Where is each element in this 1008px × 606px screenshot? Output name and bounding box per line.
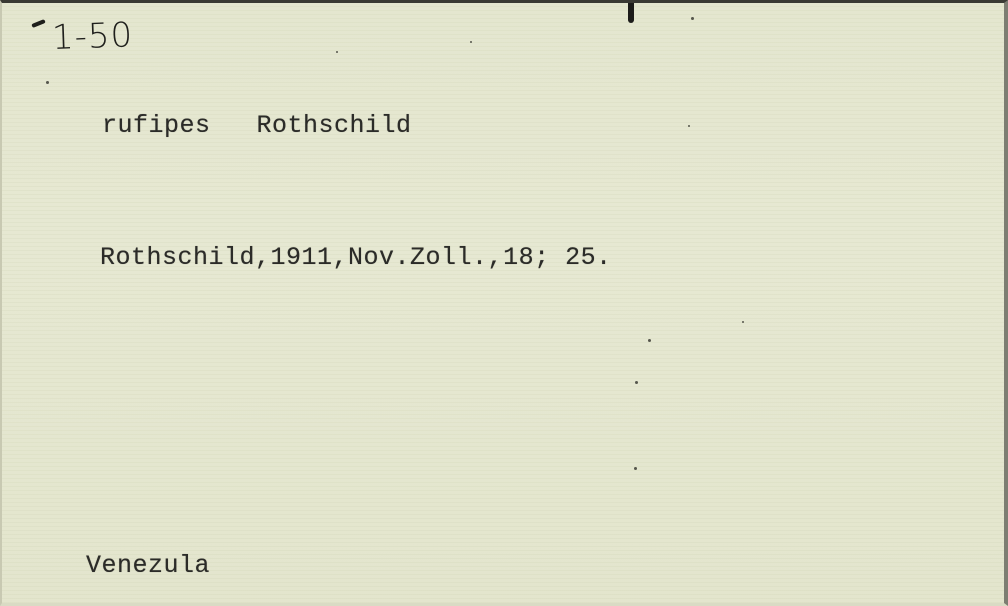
index-card: 1-50 rufipesRothschild Rothschild,1911,N… — [0, 0, 1008, 606]
paper-speck — [635, 381, 638, 384]
paper-speck — [336, 51, 338, 53]
paper-speck — [648, 339, 651, 342]
paper-speck — [46, 81, 49, 84]
paper-speck — [470, 41, 472, 43]
paper-speck — [688, 125, 690, 127]
species-author: Rothschild — [257, 111, 412, 140]
species-name: rufipes — [102, 111, 211, 140]
catalog-number-text: 1-50 — [51, 15, 134, 58]
ink-mark — [628, 3, 634, 23]
locality: Venezula — [86, 551, 210, 580]
paper-speck — [691, 17, 694, 20]
literature-citation: Rothschild,1911,Nov.Zoll.,18; 25. — [100, 243, 612, 272]
handwritten-catalog-number: 1-50 — [31, 15, 134, 59]
species-heading: rufipesRothschild — [102, 111, 412, 140]
paper-speck — [634, 467, 637, 470]
paper-speck — [742, 321, 744, 323]
handwritten-tick-mark — [31, 19, 45, 28]
